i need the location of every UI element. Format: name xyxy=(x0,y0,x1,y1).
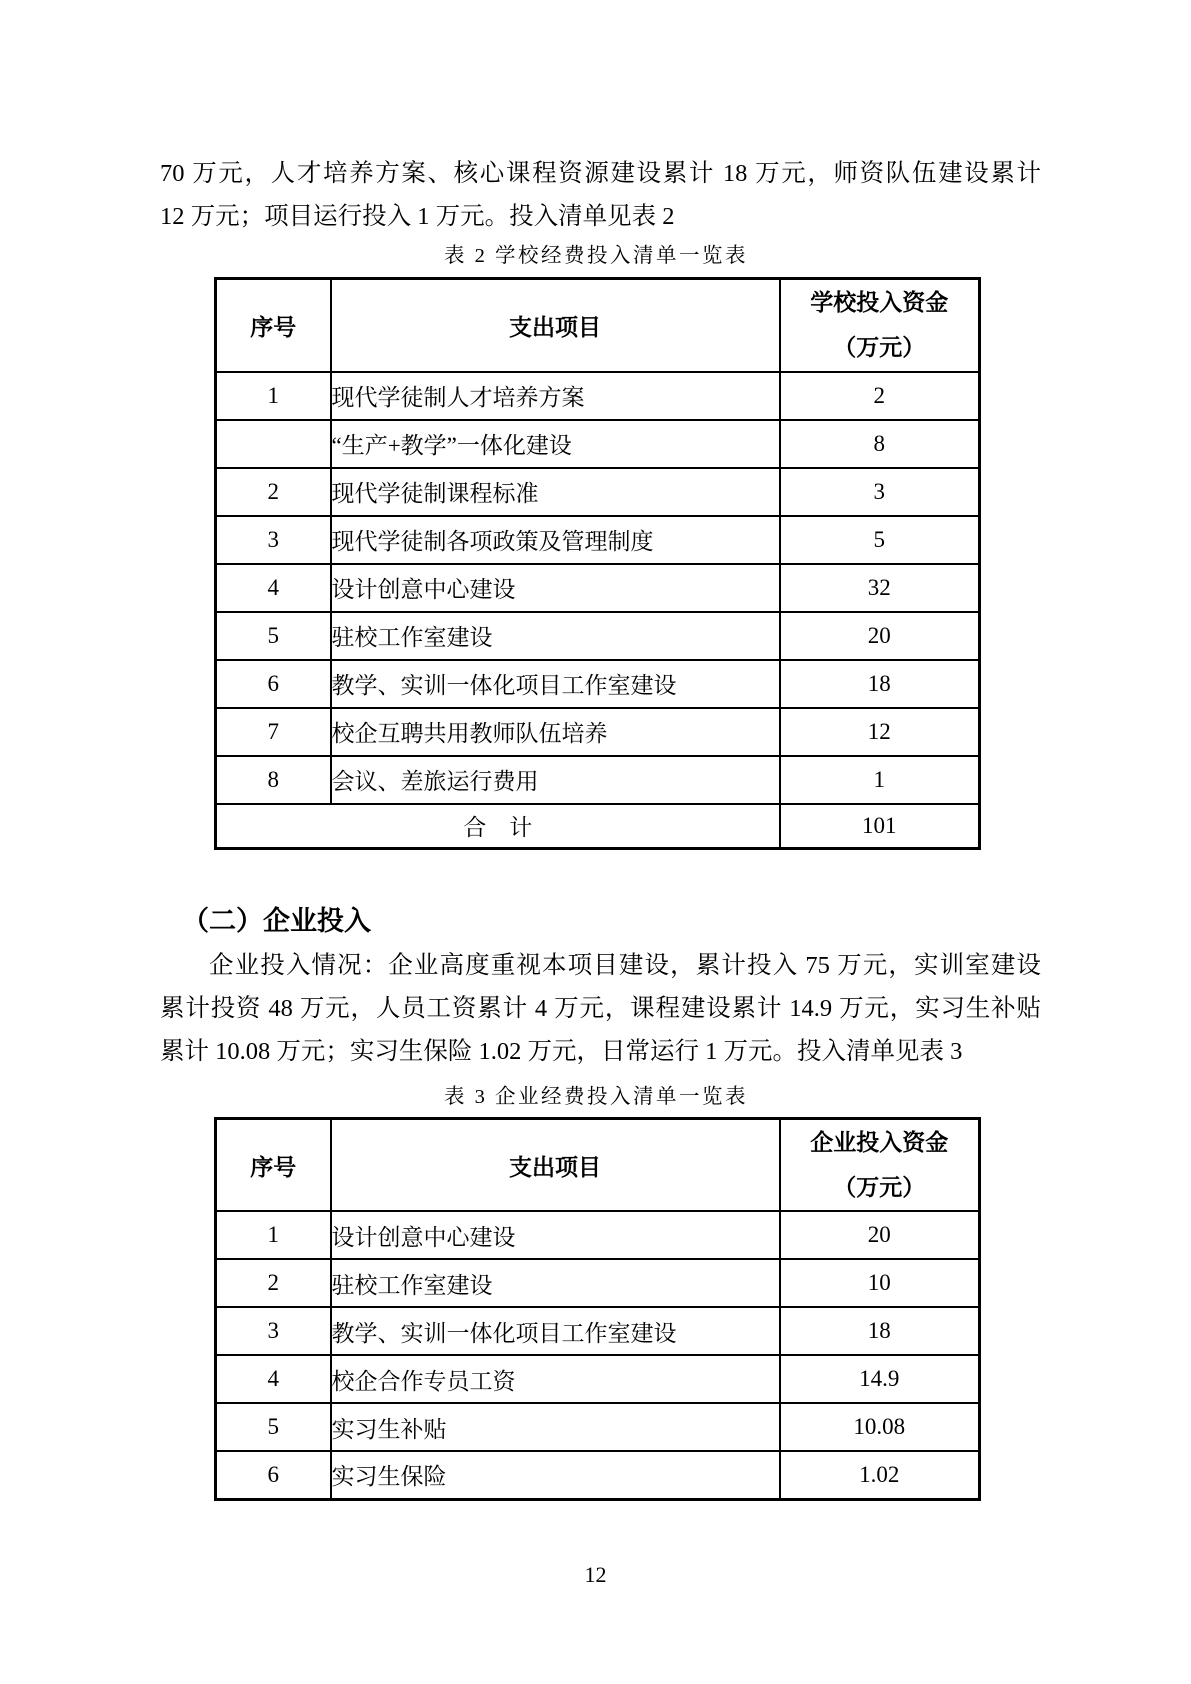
table3-header-amount-line1: 企业投入资金 xyxy=(781,1120,979,1165)
section-heading-enterprise-investment: （二）企业投入 xyxy=(160,904,1041,938)
row-index: 6 xyxy=(216,660,331,708)
row-index: 1 xyxy=(216,372,331,420)
row-index: 5 xyxy=(216,612,331,660)
table-row: 6 实习生保险 1.02 xyxy=(216,1451,980,1499)
row-item: 设计创意中心建设 xyxy=(331,564,780,612)
enterprise-paragraph-line: 累计 10.08 万元；实习生保险 1.02 万元，日常运行 1 万元。投入清单… xyxy=(160,1030,1041,1073)
page-number: 12 xyxy=(0,1562,1191,1588)
table3-enterprise-investment: 序号 支出项目 企业投入资金 （万元） 1 设计创意中心建设 20 2 驻校工作… xyxy=(214,1117,981,1501)
row-amount: 1 xyxy=(780,756,980,804)
table2-school-investment: 序号 支出项目 学校投入资金 （万元） 1 现代学徒制人才培养方案 2 “生产+… xyxy=(214,277,981,850)
table2-caption: 表 2 学校经费投入清单一览表 xyxy=(214,243,978,269)
total-amount: 101 xyxy=(780,804,980,849)
table-row: 4 校企合作专员工资 14.9 xyxy=(216,1355,980,1403)
row-item: 现代学徒制人才培养方案 xyxy=(331,372,780,420)
document-page: 70 万元，人才培养方案、核心课程资源建设累计 18 万元，师资队伍建设累计 1… xyxy=(0,0,1191,1684)
table-row: 8 会议、差旅运行费用 1 xyxy=(216,756,980,804)
row-index: 3 xyxy=(216,1307,331,1355)
table-row: 5 驻校工作室建设 20 xyxy=(216,612,980,660)
intro-paragraph-line: 70 万元，人才培养方案、核心课程资源建设累计 18 万元，师资队伍建设累计 xyxy=(160,152,1041,195)
row-amount: 14.9 xyxy=(780,1355,980,1403)
row-index: 4 xyxy=(216,564,331,612)
table-row: 4 设计创意中心建设 32 xyxy=(216,564,980,612)
row-amount: 8 xyxy=(780,420,980,468)
row-index: 6 xyxy=(216,1451,331,1499)
enterprise-paragraph-line: 累计投资 48 万元，人员工资累计 4 万元，课程建设累计 14.9 万元，实习… xyxy=(160,987,1041,1030)
row-amount: 18 xyxy=(780,1307,980,1355)
row-index: 7 xyxy=(216,708,331,756)
row-item: 设计创意中心建设 xyxy=(331,1211,780,1259)
row-item: 校企合作专员工资 xyxy=(331,1355,780,1403)
row-amount: 2 xyxy=(780,372,980,420)
row-item: 校企互聘共用教师队伍培养 xyxy=(331,708,780,756)
intro-paragraph-line: 12 万元；项目运行投入 1 万元。投入清单见表 2 xyxy=(160,195,1041,238)
table-row: 5 实习生补贴 10.08 xyxy=(216,1403,980,1451)
table3-header-amount-line2: （万元） xyxy=(781,1165,979,1210)
row-item: 会议、差旅运行费用 xyxy=(331,756,780,804)
row-amount: 3 xyxy=(780,468,980,516)
row-item: 教学、实训一体化项目工作室建设 xyxy=(331,660,780,708)
row-amount: 10.08 xyxy=(780,1403,980,1451)
row-amount: 10 xyxy=(780,1259,980,1307)
row-item: 教学、实训一体化项目工作室建设 xyxy=(331,1307,780,1355)
row-amount: 1.02 xyxy=(780,1451,980,1499)
table3-header-row: 序号 支出项目 企业投入资金 （万元） xyxy=(216,1119,980,1212)
row-index: 1 xyxy=(216,1211,331,1259)
row-index: 2 xyxy=(216,1259,331,1307)
row-item: 实习生保险 xyxy=(331,1451,780,1499)
row-index: 4 xyxy=(216,1355,331,1403)
row-item: “生产+教学”一体化建设 xyxy=(331,420,780,468)
table2-total-row: 合 计 101 xyxy=(216,804,980,849)
row-amount: 12 xyxy=(780,708,980,756)
row-amount: 32 xyxy=(780,564,980,612)
enterprise-paragraph-line: 企业投入情况：企业高度重视本项目建设，累计投入 75 万元，实训室建设 xyxy=(160,944,1041,987)
row-index: 8 xyxy=(216,756,331,804)
row-item: 驻校工作室建设 xyxy=(331,1259,780,1307)
table2-header-amount-line1: 学校投入资金 xyxy=(781,280,979,325)
table2-header-index: 序号 xyxy=(216,279,331,372)
table3-header-item: 支出项目 xyxy=(331,1119,780,1212)
table2-header-amount-line2: （万元） xyxy=(781,325,979,370)
row-index xyxy=(216,420,331,468)
table-row: “生产+教学”一体化建设 8 xyxy=(216,420,980,468)
table-row: 3 现代学徒制各项政策及管理制度 5 xyxy=(216,516,980,564)
table-row: 7 校企互聘共用教师队伍培养 12 xyxy=(216,708,980,756)
table3-header-amount: 企业投入资金 （万元） xyxy=(780,1119,980,1212)
row-amount: 20 xyxy=(780,612,980,660)
row-item: 驻校工作室建设 xyxy=(331,612,780,660)
table-row: 2 现代学徒制课程标准 3 xyxy=(216,468,980,516)
table-row: 2 驻校工作室建设 10 xyxy=(216,1259,980,1307)
table2-header-amount: 学校投入资金 （万元） xyxy=(780,279,980,372)
table-row: 3 教学、实训一体化项目工作室建设 18 xyxy=(216,1307,980,1355)
row-item: 现代学徒制各项政策及管理制度 xyxy=(331,516,780,564)
row-amount: 20 xyxy=(780,1211,980,1259)
enterprise-paragraph: 企业投入情况：企业高度重视本项目建设，累计投入 75 万元，实训室建设 累计投资… xyxy=(160,944,1041,1073)
total-label: 合 计 xyxy=(216,804,780,849)
row-item: 实习生补贴 xyxy=(331,1403,780,1451)
table3-caption: 表 3 企业经费投入清单一览表 xyxy=(214,1084,978,1110)
row-index: 3 xyxy=(216,516,331,564)
row-item: 现代学徒制课程标准 xyxy=(331,468,780,516)
row-index: 2 xyxy=(216,468,331,516)
intro-paragraph: 70 万元，人才培养方案、核心课程资源建设累计 18 万元，师资队伍建设累计 1… xyxy=(160,152,1041,238)
table-row: 1 设计创意中心建设 20 xyxy=(216,1211,980,1259)
table2-header-item: 支出项目 xyxy=(331,279,780,372)
table3-header-index: 序号 xyxy=(216,1119,331,1212)
table2-header-row: 序号 支出项目 学校投入资金 （万元） xyxy=(216,279,980,372)
row-index: 5 xyxy=(216,1403,331,1451)
table-row: 1 现代学徒制人才培养方案 2 xyxy=(216,372,980,420)
row-amount: 5 xyxy=(780,516,980,564)
table-row: 6 教学、实训一体化项目工作室建设 18 xyxy=(216,660,980,708)
row-amount: 18 xyxy=(780,660,980,708)
